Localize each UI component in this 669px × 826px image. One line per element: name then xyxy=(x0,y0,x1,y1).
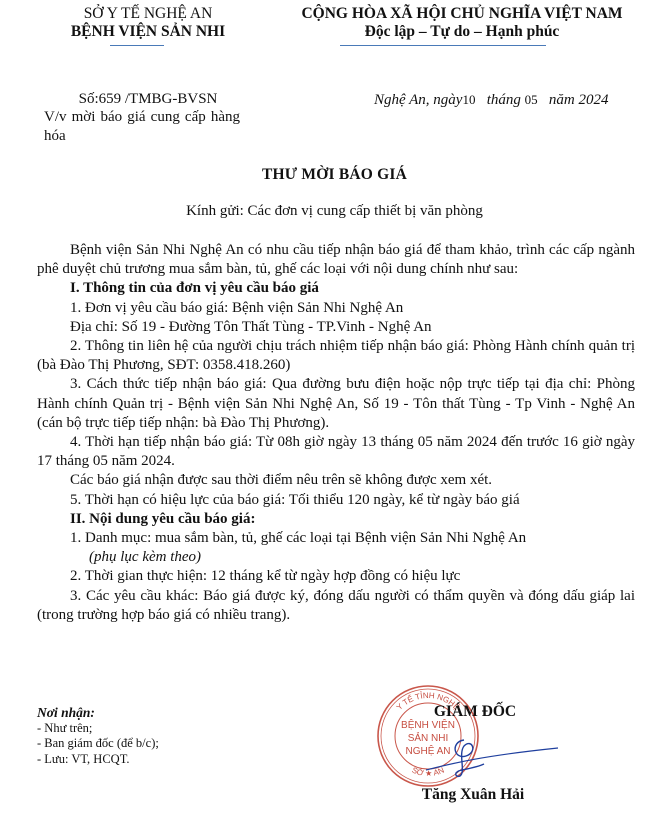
date-year-label: năm xyxy=(549,92,575,108)
document-body: Bệnh viện Sản Nhi Nghệ An có nhu cầu tiế… xyxy=(37,241,635,625)
document-title: THƯ MỜI BÁO GIÁ xyxy=(0,166,669,184)
signatory-name: Tăng Xuân Hải xyxy=(388,786,558,804)
header-left-underline xyxy=(110,45,164,46)
date-month-label: tháng xyxy=(487,92,521,108)
section-2-item-1: 1. Danh mục: mua sắm bàn, tủ, ghế các lo… xyxy=(37,529,635,567)
national-motto: Độc lập – Tự do – Hạnh phúc xyxy=(262,22,662,41)
handwritten-signature xyxy=(420,720,560,780)
section-1-note: Các báo giá nhận được sau thời điểm nêu … xyxy=(37,471,635,490)
section-1-item-1: 1. Đơn vị yêu cầu báo giá: Bệnh viện Sản… xyxy=(37,299,635,318)
receiver-item: - Như trên; xyxy=(37,721,159,737)
signatory-title: GIÁM ĐỐC xyxy=(400,703,550,721)
section-2-heading: II. Nội dung yêu cầu báo giá: xyxy=(37,510,635,529)
agency-name: SỞ Y TẾ NGHỆ AN xyxy=(38,4,258,23)
national-title: CỘNG HÒA XÃ HỘI CHỦ NGHĨA VIỆT NAM xyxy=(262,4,662,23)
section-1-item-2: 2. Thông tin liên hệ của người chịu trác… xyxy=(37,337,635,375)
recipient-line: Kính gửi: Các đơn vị cung cấp thiết bị v… xyxy=(0,203,669,220)
section-2-item-1-text: 1. Danh mục: mua sắm bàn, tủ, ghế các lo… xyxy=(70,530,526,546)
section-2-item-3: 3. Các yêu cầu khác: Báo giá được ký, đó… xyxy=(37,587,635,625)
date-year: 2024 xyxy=(578,92,608,108)
section-1-heading: I. Thông tin của đơn vị yêu cầu báo giá xyxy=(37,279,635,298)
section-1-item-3: 3. Cách thức tiếp nhận báo giá: Qua đườn… xyxy=(37,375,635,433)
section-2-item-2: 2. Thời gian thực hiện: 12 tháng kể từ n… xyxy=(37,567,635,586)
receiver-item: - Ban giám đốc (để b/c); xyxy=(37,736,159,752)
date-day: 10 xyxy=(462,92,475,107)
intro-paragraph: Bệnh viện Sản Nhi Nghệ An có nhu cầu tiế… xyxy=(37,241,635,279)
document-number: Số:659 /TMBG-BVSN xyxy=(38,90,258,109)
receivers-block: Nơi nhận: - Như trên; - Ban giám đốc (để… xyxy=(37,705,159,767)
date-place: Nghệ An, ngày xyxy=(374,92,462,108)
section-1-item-4: 4. Thời hạn tiếp nhận báo giá: Từ 08h gi… xyxy=(37,433,635,471)
date-month: 05 xyxy=(525,92,538,107)
date-line: Nghệ An, ngày10 tháng 05 năm 2024 xyxy=(374,90,608,110)
receiver-item: - Lưu: VT, HCQT. xyxy=(37,752,159,768)
section-2-item-1-note: (phụ lục kèm theo) xyxy=(89,549,201,565)
section-1-address: Địa chỉ: Số 19 - Đường Tôn Thất Tùng - T… xyxy=(37,318,635,337)
section-1-item-5: 5. Thời hạn có hiệu lực của báo giá: Tối… xyxy=(37,491,635,510)
receivers-heading: Nơi nhận: xyxy=(37,705,159,721)
hospital-name: BỆNH VIỆN SẢN NHI xyxy=(38,22,258,41)
document-subject: V/v mời báo giá cung cấp hàng hóa xyxy=(44,108,240,146)
header-right-underline xyxy=(340,45,546,46)
